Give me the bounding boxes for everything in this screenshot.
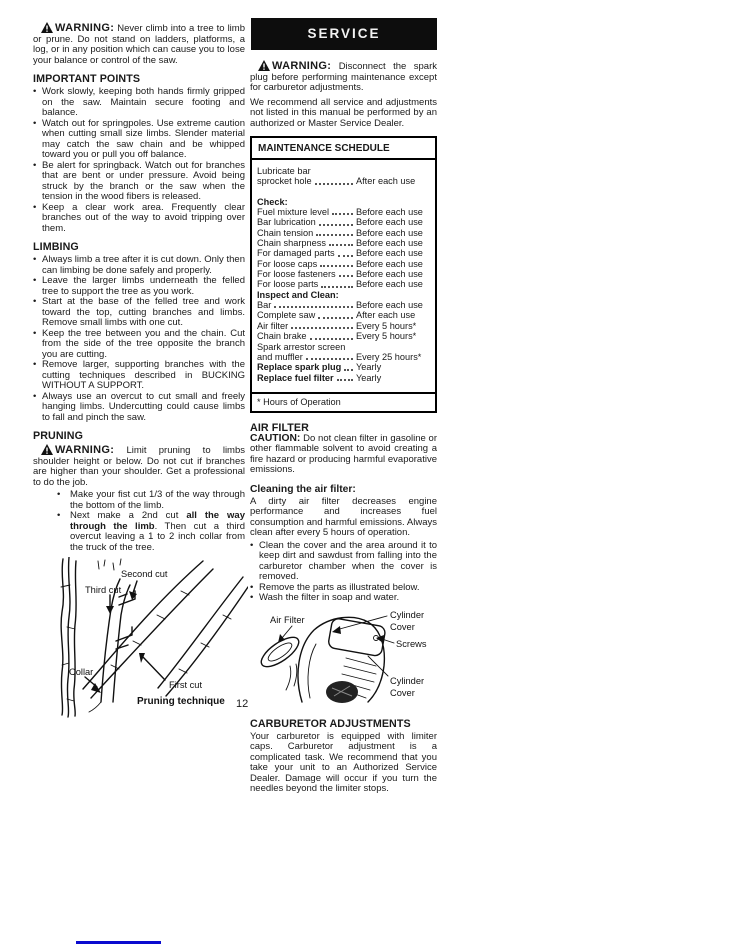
- maintenance-row: Chain brakeEvery 5 hours*: [257, 331, 430, 341]
- air-filter-part-label: Air Filter: [270, 615, 305, 625]
- pruning-figure-caption: Pruning technique: [137, 696, 225, 707]
- pruning-heading: PRUNING: [33, 430, 245, 442]
- warning-triangle-icon: [41, 23, 55, 34]
- limbing-list: Always limb a tree after it is cut down.…: [33, 255, 245, 423]
- maintenance-row: Chain sharpnessBefore each use: [257, 238, 430, 248]
- manual-page: { "page": { "number": "12" }, "left_colu…: [0, 0, 734, 950]
- pruning-list: Make your fist cut 1/3 of the way throug…: [33, 490, 245, 553]
- bullet-item: Work slowly, keeping both hands firmly g…: [33, 87, 245, 119]
- carburetor-text: Your carburetor is equipped with limiter…: [250, 732, 437, 795]
- maintenance-row: Complete sawAfter each use: [257, 310, 430, 320]
- maintenance-row: Fuel mixture levelBefore each use: [257, 207, 430, 217]
- cleaning-air-filter-text: A dirty air filter decreases engine perf…: [250, 497, 437, 539]
- bullet-item: Remove larger, supporting branches with …: [33, 360, 245, 392]
- maintenance-row: Bar lubricationBefore each use: [257, 217, 430, 227]
- maintenance-footnote: * Hours of Operation: [252, 392, 435, 411]
- maintenance-row: BarBefore each use: [257, 300, 430, 310]
- bullet-item: Keep the tree between you and the chain.…: [33, 329, 245, 361]
- right-column: SERVICE WARNING: Disconnect the spark pl…: [250, 16, 437, 795]
- cylinder-cover-top-label-2: Cover: [390, 622, 415, 632]
- screws-label: Screws: [396, 639, 427, 649]
- cleaning-air-filter-heading: Cleaning the air filter:: [250, 484, 437, 495]
- second-cut-label: Second cut: [121, 569, 168, 579]
- maintenance-row: and mufflerEvery 25 hours*: [257, 352, 430, 362]
- footer-accent-line: [76, 941, 161, 944]
- warning-label: WARNING:: [55, 22, 114, 34]
- maintenance-schedule-title: MAINTENANCE SCHEDULE: [252, 138, 435, 160]
- left-column: WARNING: Never climb into a tree to limb…: [33, 22, 245, 724]
- limbing-heading: LIMBING: [33, 241, 245, 253]
- bullet-item: Keep a clear work area. Frequently clear…: [33, 203, 245, 235]
- maintenance-row: Chain tensionBefore each use: [257, 228, 430, 238]
- maintenance-schedule-box: MAINTENANCE SCHEDULE Lubricate barsprock…: [250, 136, 437, 413]
- cylinder-cover-bottom-label-1: Cylinder: [390, 676, 424, 686]
- first-cut-label: First cut: [169, 680, 202, 690]
- maintenance-rows: Lubricate barsprocket holeAfter each use…: [252, 160, 435, 383]
- recommend-text: We recommend all service and adjustments…: [250, 98, 437, 130]
- maintenance-row: For loose partsBefore each use: [257, 279, 430, 289]
- important-points-heading: IMPORTANT POINTS: [33, 73, 245, 85]
- carburetor-heading: CARBURETOR ADJUSTMENTS: [250, 718, 437, 730]
- pruning-sketch: Second cut Third cut Collar First cut Pr…: [53, 557, 248, 719]
- caution-label: CAUTION:: [250, 433, 300, 444]
- page-number: 12: [236, 698, 248, 710]
- warning-triangle-icon: [41, 445, 55, 456]
- maintenance-row: For loose fastenersBefore each use: [257, 269, 430, 279]
- bullet-item: Wash the filter in soap and water.: [250, 593, 437, 604]
- warning-label: WARNING:: [55, 444, 114, 456]
- maintenance-row: For loose capsBefore each use: [257, 259, 430, 269]
- tree-climb-warning: WARNING: Never climb into a tree to limb…: [33, 22, 245, 66]
- bullet-item: Start at the base of the felled tree and…: [33, 297, 245, 329]
- maintenance-row: For damaged partsBefore each use: [257, 248, 430, 258]
- third-cut-label: Third cut: [85, 585, 122, 595]
- maintenance-row: Inspect and Clean:: [257, 290, 430, 300]
- bullet-item: Be alert for springback. Watch out for b…: [33, 161, 245, 203]
- cylinder-cover-top-label-1: Cylinder: [390, 610, 424, 620]
- maintenance-row: Replace spark plugYearly: [257, 362, 430, 372]
- air-filter-caution: CAUTION: Do not clean filter in gasoline…: [250, 434, 437, 476]
- maintenance-row: Lubricate bar: [257, 166, 430, 176]
- bullet-item: Always limb a tree after it is cut down.…: [33, 255, 245, 276]
- service-warning: WARNING: Disconnect the spark plug befor…: [250, 60, 437, 94]
- collar-label: Collar: [69, 667, 93, 677]
- maintenance-row: Spark arrestor screen: [257, 342, 430, 352]
- important-points-list: Work slowly, keeping both hands firmly g…: [33, 87, 245, 234]
- cylinder-cover-bottom-label-2: Cover: [390, 688, 415, 698]
- maintenance-row: Check:: [257, 197, 430, 207]
- pruning-technique-figure: Second cut Third cut Collar First cut Pr…: [53, 557, 245, 724]
- bullet-item: Make your fist cut 1/3 of the way throug…: [57, 490, 245, 511]
- bullet-item: Leave the larger limbs underneath the fe…: [33, 276, 245, 297]
- air-filter-figure: Air Filter Cylinder Cover Screws Cylinde…: [250, 606, 437, 715]
- warning-triangle-icon: [258, 61, 272, 72]
- bullet-item: Always use an overcut to cut small and f…: [33, 392, 245, 424]
- service-banner: SERVICE: [251, 18, 437, 50]
- warning-label: WARNING:: [272, 60, 331, 72]
- bullet-item: Next make a 2nd cut all the way through …: [57, 511, 245, 553]
- pruning-warning: WARNING: Limit pruning to limbs shoulder…: [33, 444, 245, 488]
- maintenance-row: sprocket holeAfter each use: [257, 176, 430, 186]
- bullet-item: Clean the cover and the area around it t…: [250, 541, 437, 583]
- air-filter-list: Clean the cover and the area around it t…: [250, 541, 437, 604]
- maintenance-row: Air filterEvery 5 hours*: [257, 321, 430, 331]
- air-filter-sketch: Air Filter Cylinder Cover Screws Cylinde…: [250, 606, 435, 710]
- bullet-item: Watch out for springpoles. Use extreme c…: [33, 119, 245, 161]
- maintenance-row: Replace fuel filterYearly: [257, 373, 430, 383]
